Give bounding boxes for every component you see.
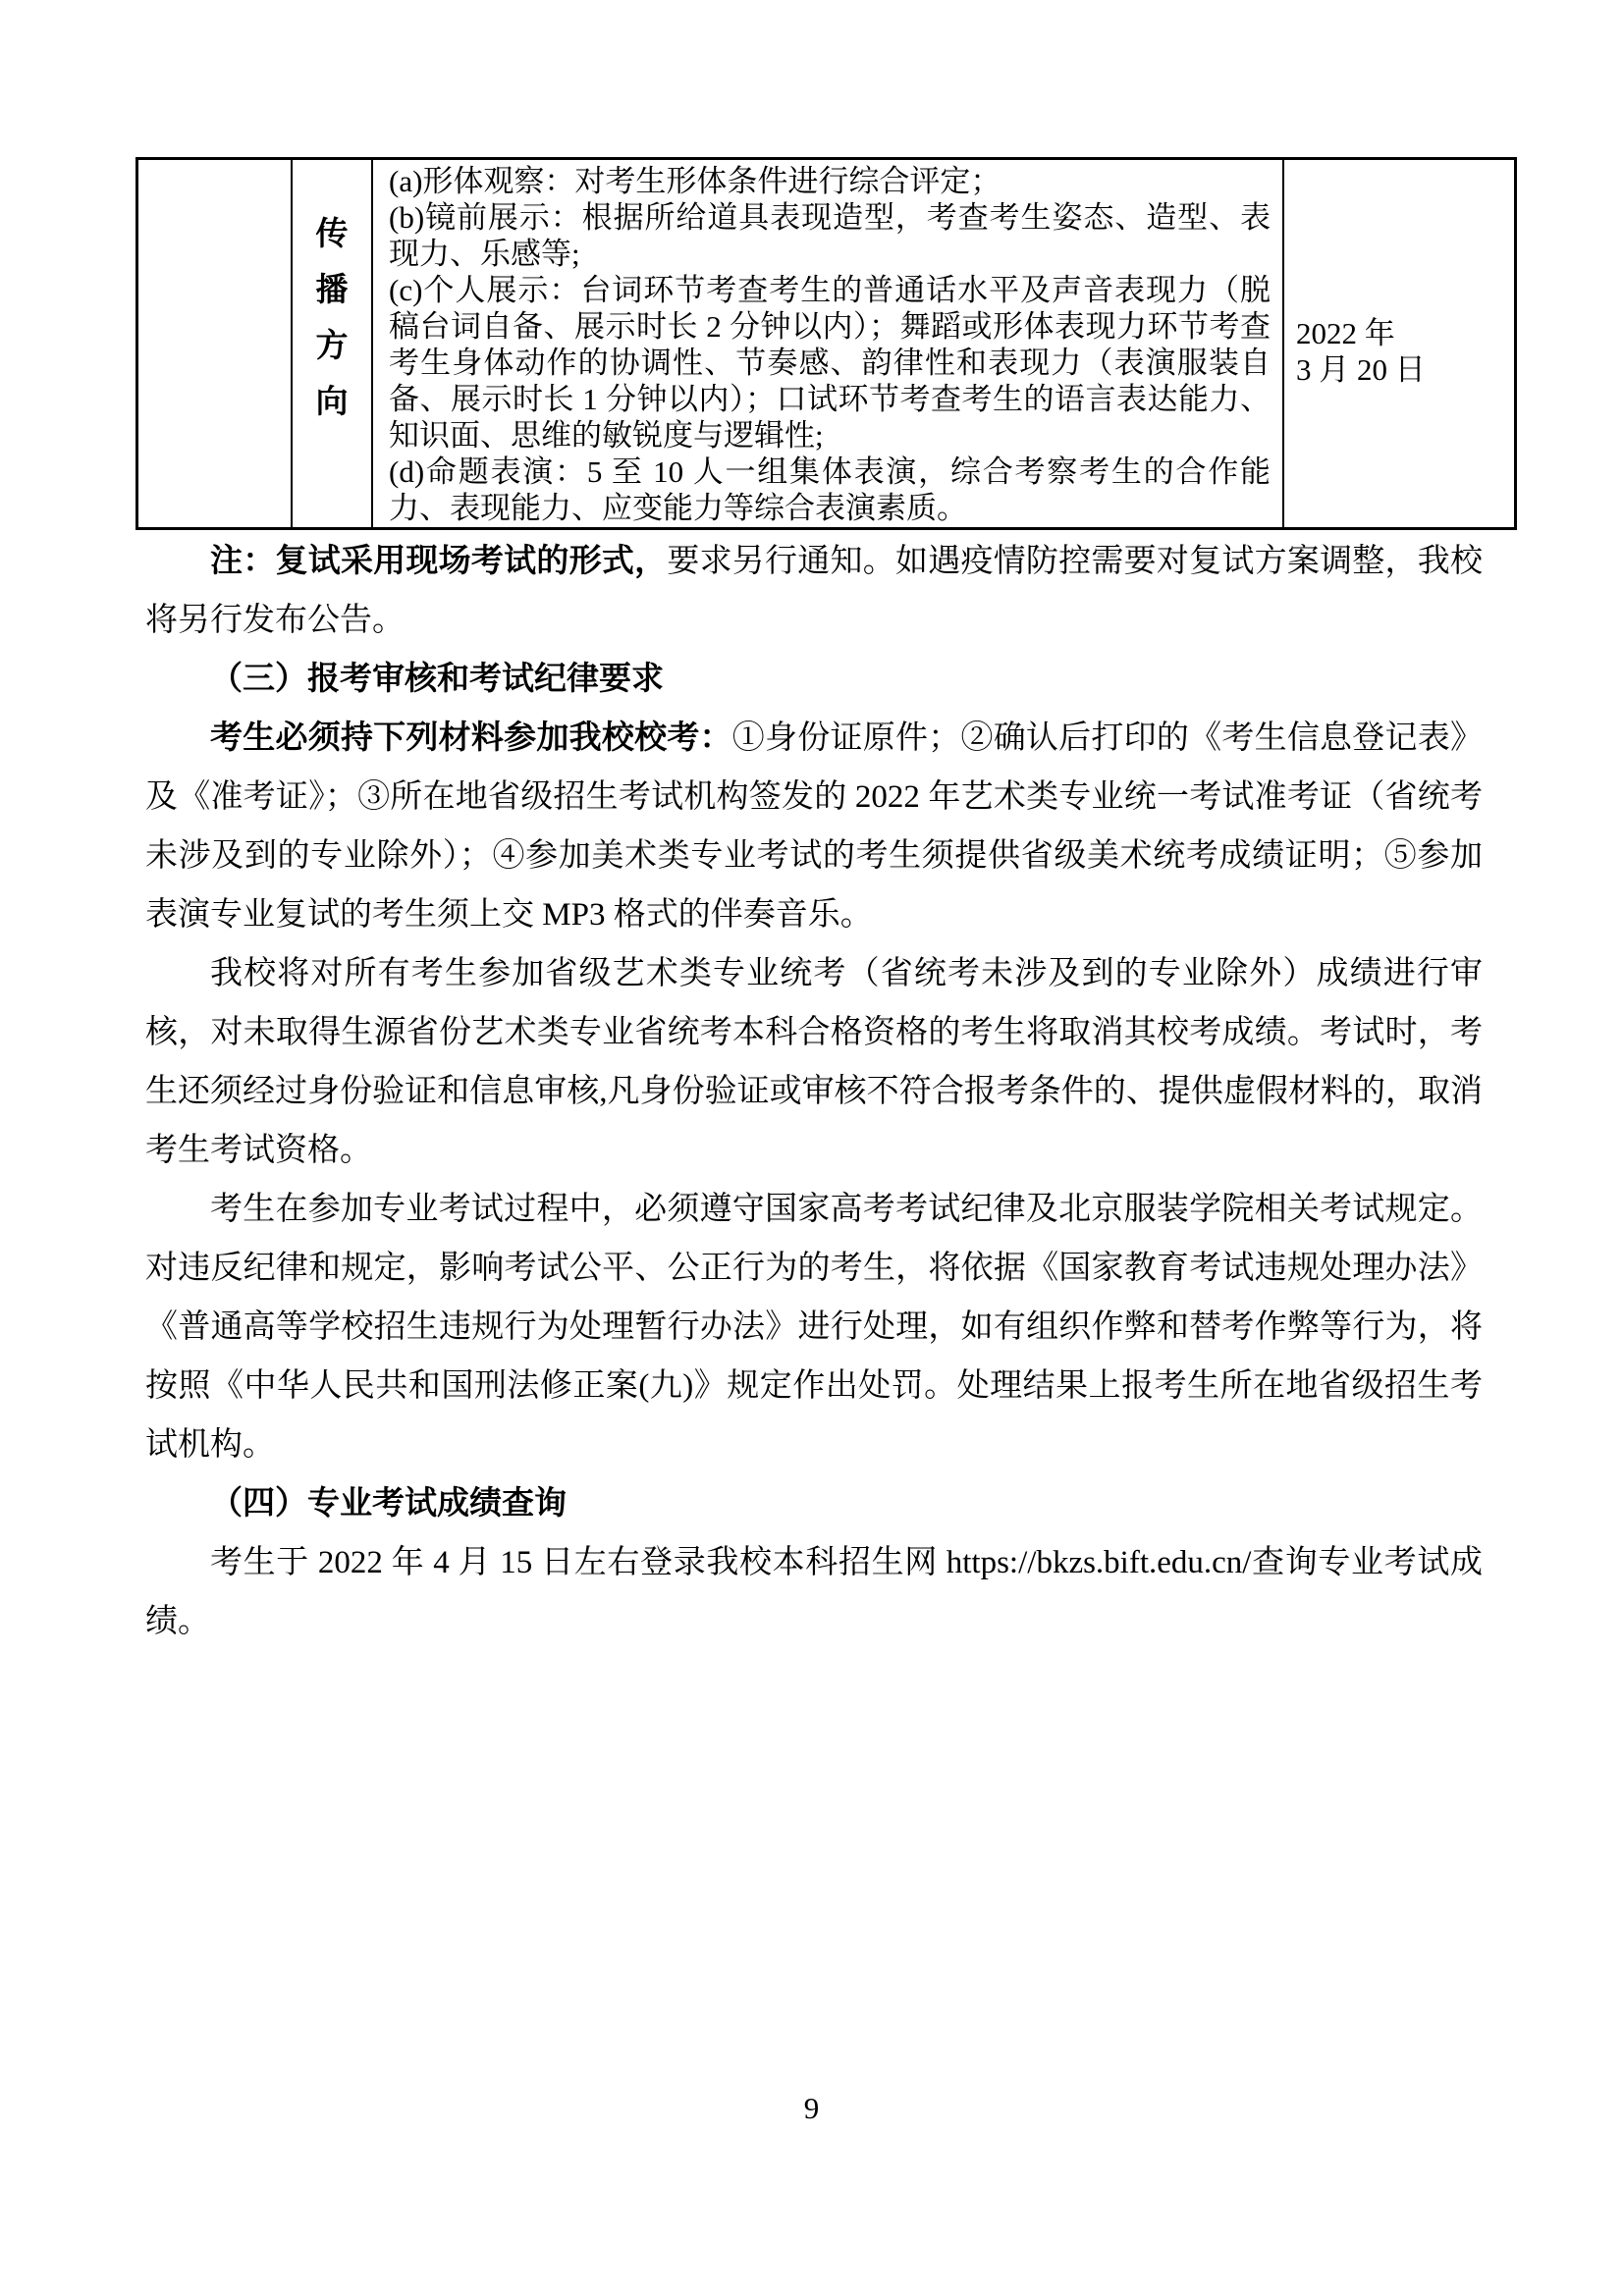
exam-item-a: (a)形体观察：对考生形体条件进行综合评定； bbox=[389, 163, 1271, 199]
section3-paragraph-discipline: 考生在参加专业考试过程中，必须遵守国家高考考试纪律及北京服装学院相关考试规定。对… bbox=[145, 1180, 1483, 1474]
exam-item-c: (c)个人展示：台词环节考查考生的普通话水平及声音表现力（脱稿台词自备、展示时长… bbox=[389, 272, 1271, 454]
exam-schedule-table: 传播方向 (a)形体观察：对考生形体条件进行综合评定； (b)镜前展示：根据所给… bbox=[135, 157, 1517, 530]
materials-bold-lead: 考生必须持下列材料参加我校校考： bbox=[210, 721, 732, 756]
table-cell-exam-items: (a)形体观察：对考生形体条件进行综合评定； (b)镜前展示：根据所给道具表现造… bbox=[373, 160, 1284, 527]
document-page: 传播方向 (a)形体观察：对考生形体条件进行综合评定； (b)镜前展示：根据所给… bbox=[0, 0, 1623, 2296]
document-body: 注：复试采用现场考试的形式，要求另行通知。如遇疫情防控需要对复试方案调整，我校将… bbox=[145, 532, 1483, 1651]
table-cell-empty bbox=[138, 160, 293, 527]
note-paragraph: 注：复试采用现场考试的形式，要求另行通知。如遇疫情防控需要对复试方案调整，我校将… bbox=[145, 532, 1483, 650]
table-cell-direction: 传播方向 bbox=[293, 160, 373, 527]
table-cell-exam-date: 2022 年 3 月 20 日 bbox=[1284, 160, 1514, 527]
note-bold-lead: 注：复试采用现场考试的形式， bbox=[210, 544, 667, 579]
page-number: 9 bbox=[0, 2091, 1623, 2126]
exam-item-d: (d)命题表演：5 至 10 人一组集体表演，综合考察考生的合作能力、表现能力、… bbox=[389, 454, 1271, 526]
section4-paragraph-results: 考生于 2022 年 4 月 15 日左右登录我校本科招生网 https://b… bbox=[145, 1533, 1483, 1651]
section3-heading: （三）报考审核和考试纪律要求 bbox=[145, 650, 1483, 709]
exam-date-day: 3 月 20 日 bbox=[1296, 351, 1514, 388]
direction-label: 传播方向 bbox=[315, 207, 349, 431]
exam-item-b: (b)镜前展示：根据所给道具表现造型，考查考生姿态、造型、表现力、乐感等; bbox=[389, 199, 1271, 272]
section3-paragraph-materials: 考生必须持下列材料参加我校校考：①身份证原件；②确认后打印的《考生信息登记表》及… bbox=[145, 709, 1483, 944]
section4-heading: （四）专业考试成绩查询 bbox=[145, 1474, 1483, 1533]
section3-paragraph-verification: 我校将对所有考生参加省级艺术类专业统考（省统考未涉及到的专业除外）成绩进行审核，… bbox=[145, 944, 1483, 1180]
exam-date-year: 2022 年 bbox=[1296, 315, 1514, 351]
